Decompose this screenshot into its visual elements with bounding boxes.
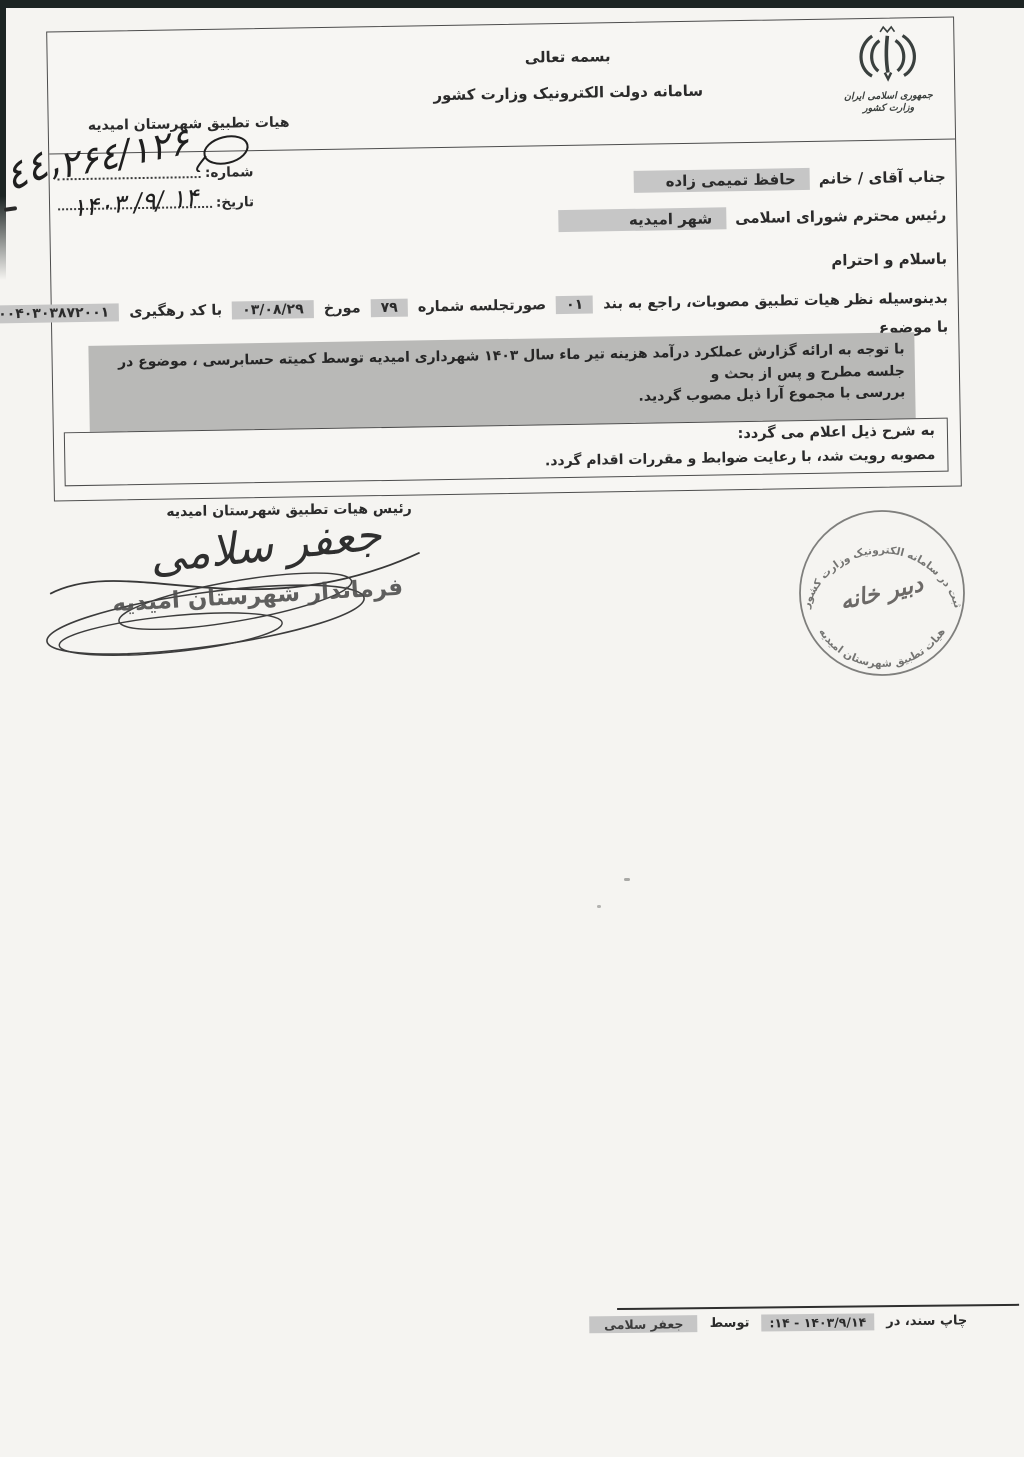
minutes-date-chip: ۰۳/۰۸/۲۹ xyxy=(232,300,314,319)
recipient-salutation: جناب آقای / خانم xyxy=(819,168,946,188)
date-label: تاریخ: xyxy=(216,194,254,211)
system-title: سامانه دولت الکترونیک وزارت کشور xyxy=(248,79,888,108)
recipient-title-row: رئیس محترم شورای اسلامی شهر امیدیه xyxy=(558,204,947,232)
print-footer: چاپ سند، در ۱۴۰۳/۹/۱۴ - ۱۴: توسط جعفر سل… xyxy=(595,1296,1024,1301)
recipient-title: رئیس محترم شورای اسلامی xyxy=(735,206,947,227)
scan-speck xyxy=(624,878,630,881)
signature-block: رئیس هیات تطبیق شهرستان امیدیه جعفر سلام… xyxy=(19,492,481,673)
scan-edge-top xyxy=(0,0,1024,8)
minutes-number-chip: ۷۹ xyxy=(371,299,408,318)
by-label: توسط xyxy=(710,1316,750,1331)
announce-line: به شرح ذیل اعلام می گردد: xyxy=(737,423,935,442)
scan-edge-left xyxy=(0,0,6,280)
clause-number-chip: ۰۱ xyxy=(556,296,593,315)
print-datetime-chip: ۱۴۰۳/۹/۱۴ - ۱۴: xyxy=(761,1313,874,1331)
intro-line: بدینوسیله نظر هیات تطبیق مصوبات، راجع به… xyxy=(60,290,948,323)
iran-emblem-icon xyxy=(847,24,928,89)
emblem-caption-line2: وزارت کشور xyxy=(816,102,960,117)
bismillah-text: بسمه تعالی xyxy=(248,43,888,72)
handwritten-loop xyxy=(196,126,256,172)
stamp-center-text: دبیر خانه xyxy=(838,571,927,616)
intro-text: بدینوسیله نظر هیات تطبیق مصوبات، راجع به… xyxy=(603,291,948,313)
scan-speck xyxy=(597,905,601,908)
recipient-name-highlight: حافظ تمیمی زاده xyxy=(634,168,810,193)
footer-row: چاپ سند، در ۱۴۰۳/۹/۱۴ - ۱۴: توسط جعفر سل… xyxy=(590,1312,968,1333)
minutes-label: صورتجلسه شماره xyxy=(418,297,546,315)
secretariat-round-stamp: ثبت در سامانه الکترونیک وزارت کشور هیات … xyxy=(782,500,982,690)
dated-label: مورخ xyxy=(324,300,361,317)
printed-by-chip: جعفر سلامی xyxy=(590,1315,698,1333)
svg-text:هیات تطبیق شهرستان امیدیه: هیات تطبیق شهرستان امیدیه xyxy=(816,626,948,670)
recipient-city-highlight: شهر امیدیه xyxy=(558,207,726,232)
print-label: چاپ سند، در xyxy=(886,1313,967,1329)
subject-highlight-block: با توجه به ارائه گزارش عملکرد درآمد هزین… xyxy=(88,332,915,432)
footer-divider xyxy=(617,1304,1019,1310)
greeting-line: باسلام و احترام xyxy=(831,250,947,270)
scanned-letter-page: بسمه تعالی سامانه دولت الکترونیک وزارت ک… xyxy=(0,0,1024,1457)
resolution-line: مصوبه رویت شد، با رعایت ضوابط و مقررات ا… xyxy=(545,447,936,469)
tracking-label: با کد رهگیری xyxy=(129,303,222,321)
tracking-code-chip: ۴۰۰۴۰۳۰۳۸۷۲۰۰۱ xyxy=(0,303,119,323)
recipient-row: جناب آقای / خانم حافظ تمیمی زاده xyxy=(634,166,946,193)
org-title: هیات تطبیق شهرستان امیدیه xyxy=(69,114,309,134)
pen-dash-mark xyxy=(4,206,17,212)
stamp-bottom-arc-text: هیات تطبیق شهرستان امیدیه xyxy=(816,626,948,670)
emblem-caption: جمهوری اسلامی ایران وزارت کشور xyxy=(816,89,960,116)
letter-frame: بسمه تعالی سامانه دولت الکترونیک وزارت ک… xyxy=(46,17,962,502)
